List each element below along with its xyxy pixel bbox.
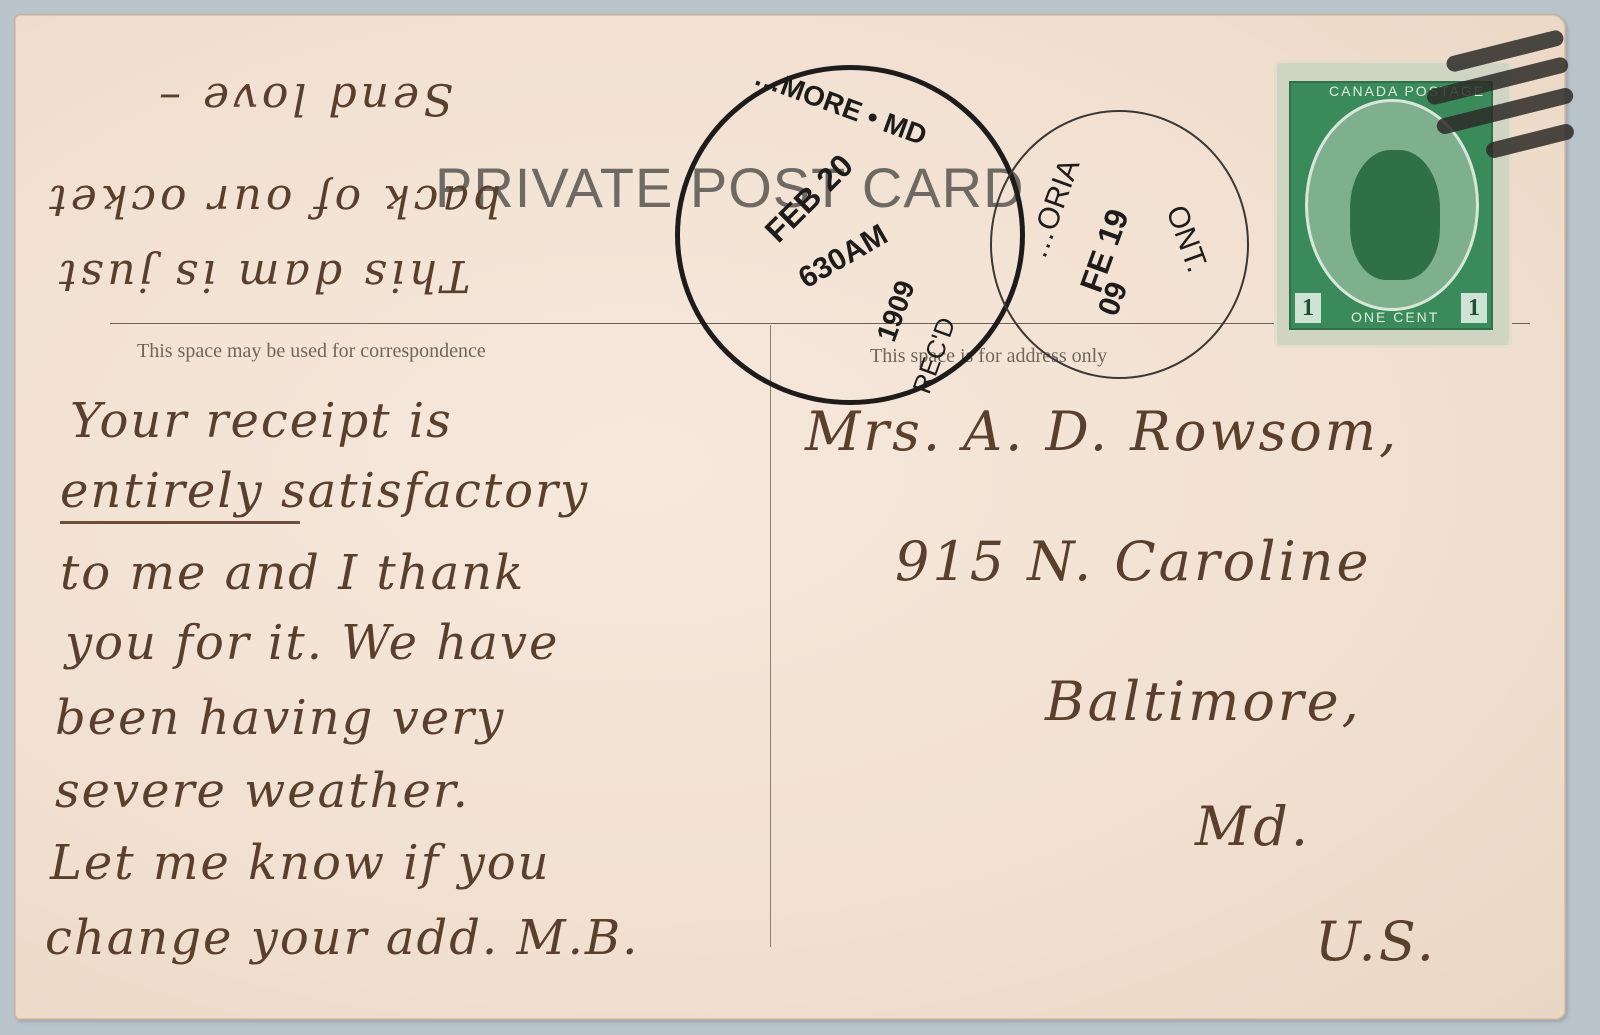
stamp-denomination-right: 1 — [1461, 293, 1487, 323]
message-line: you for it. We have — [65, 615, 559, 671]
stamp-value-text: ONE CENT — [1351, 309, 1439, 325]
message-line: Your receipt is — [70, 393, 453, 449]
postmark-time: 630AM — [793, 218, 894, 296]
postmark-date: FEB 20 — [758, 147, 861, 250]
underline-mark — [60, 521, 300, 524]
upside-down-note-line: Send love – — [155, 73, 453, 124]
address-line-name: Mrs. A. D. Rowsom, — [805, 400, 1399, 463]
message-line: change your add. M.B. — [45, 910, 639, 966]
message-line: Let me know if you — [50, 835, 551, 891]
upside-down-note-line: This dam is just — [55, 250, 470, 301]
postmark-received: REC'D — [906, 313, 962, 398]
ontario-postmark: …ORIA FE 19 09 ONT. — [990, 110, 1249, 379]
address-line-street: 915 N. Caroline — [895, 530, 1371, 593]
divider-vertical — [770, 325, 771, 947]
address-line-state: Md. — [1195, 795, 1311, 858]
cancel-bar — [1484, 122, 1575, 159]
cancellation-bars — [1415, 35, 1575, 155]
address-line-country: U.S. — [1315, 910, 1437, 973]
message-line: severe weather. — [55, 763, 470, 819]
message-line: to me and I thank — [60, 545, 525, 601]
stamp-denomination-left: 1 — [1295, 293, 1321, 323]
baltimore-postmark: …MORE • MD FEB 20 630AM 1909 REC'D — [675, 65, 1025, 405]
upside-down-note-line: back of our ocket — [45, 175, 501, 226]
message-line: entirely satisfactory — [60, 463, 589, 519]
postmark-city: …MORE • MD — [750, 60, 931, 152]
postmark-year: 1909 — [870, 276, 921, 345]
address-line-city: Baltimore, — [1045, 670, 1362, 733]
postmark-province: ONT. — [1159, 201, 1214, 277]
postmark-town: …ORIA — [1020, 155, 1087, 264]
postcard: PRIVATE POST CARD Send love – back of ou… — [14, 14, 1566, 1020]
message-line: been having very — [55, 690, 505, 746]
king-portrait-icon — [1350, 150, 1440, 280]
correspondence-label: This space may be used for correspondenc… — [137, 340, 486, 363]
